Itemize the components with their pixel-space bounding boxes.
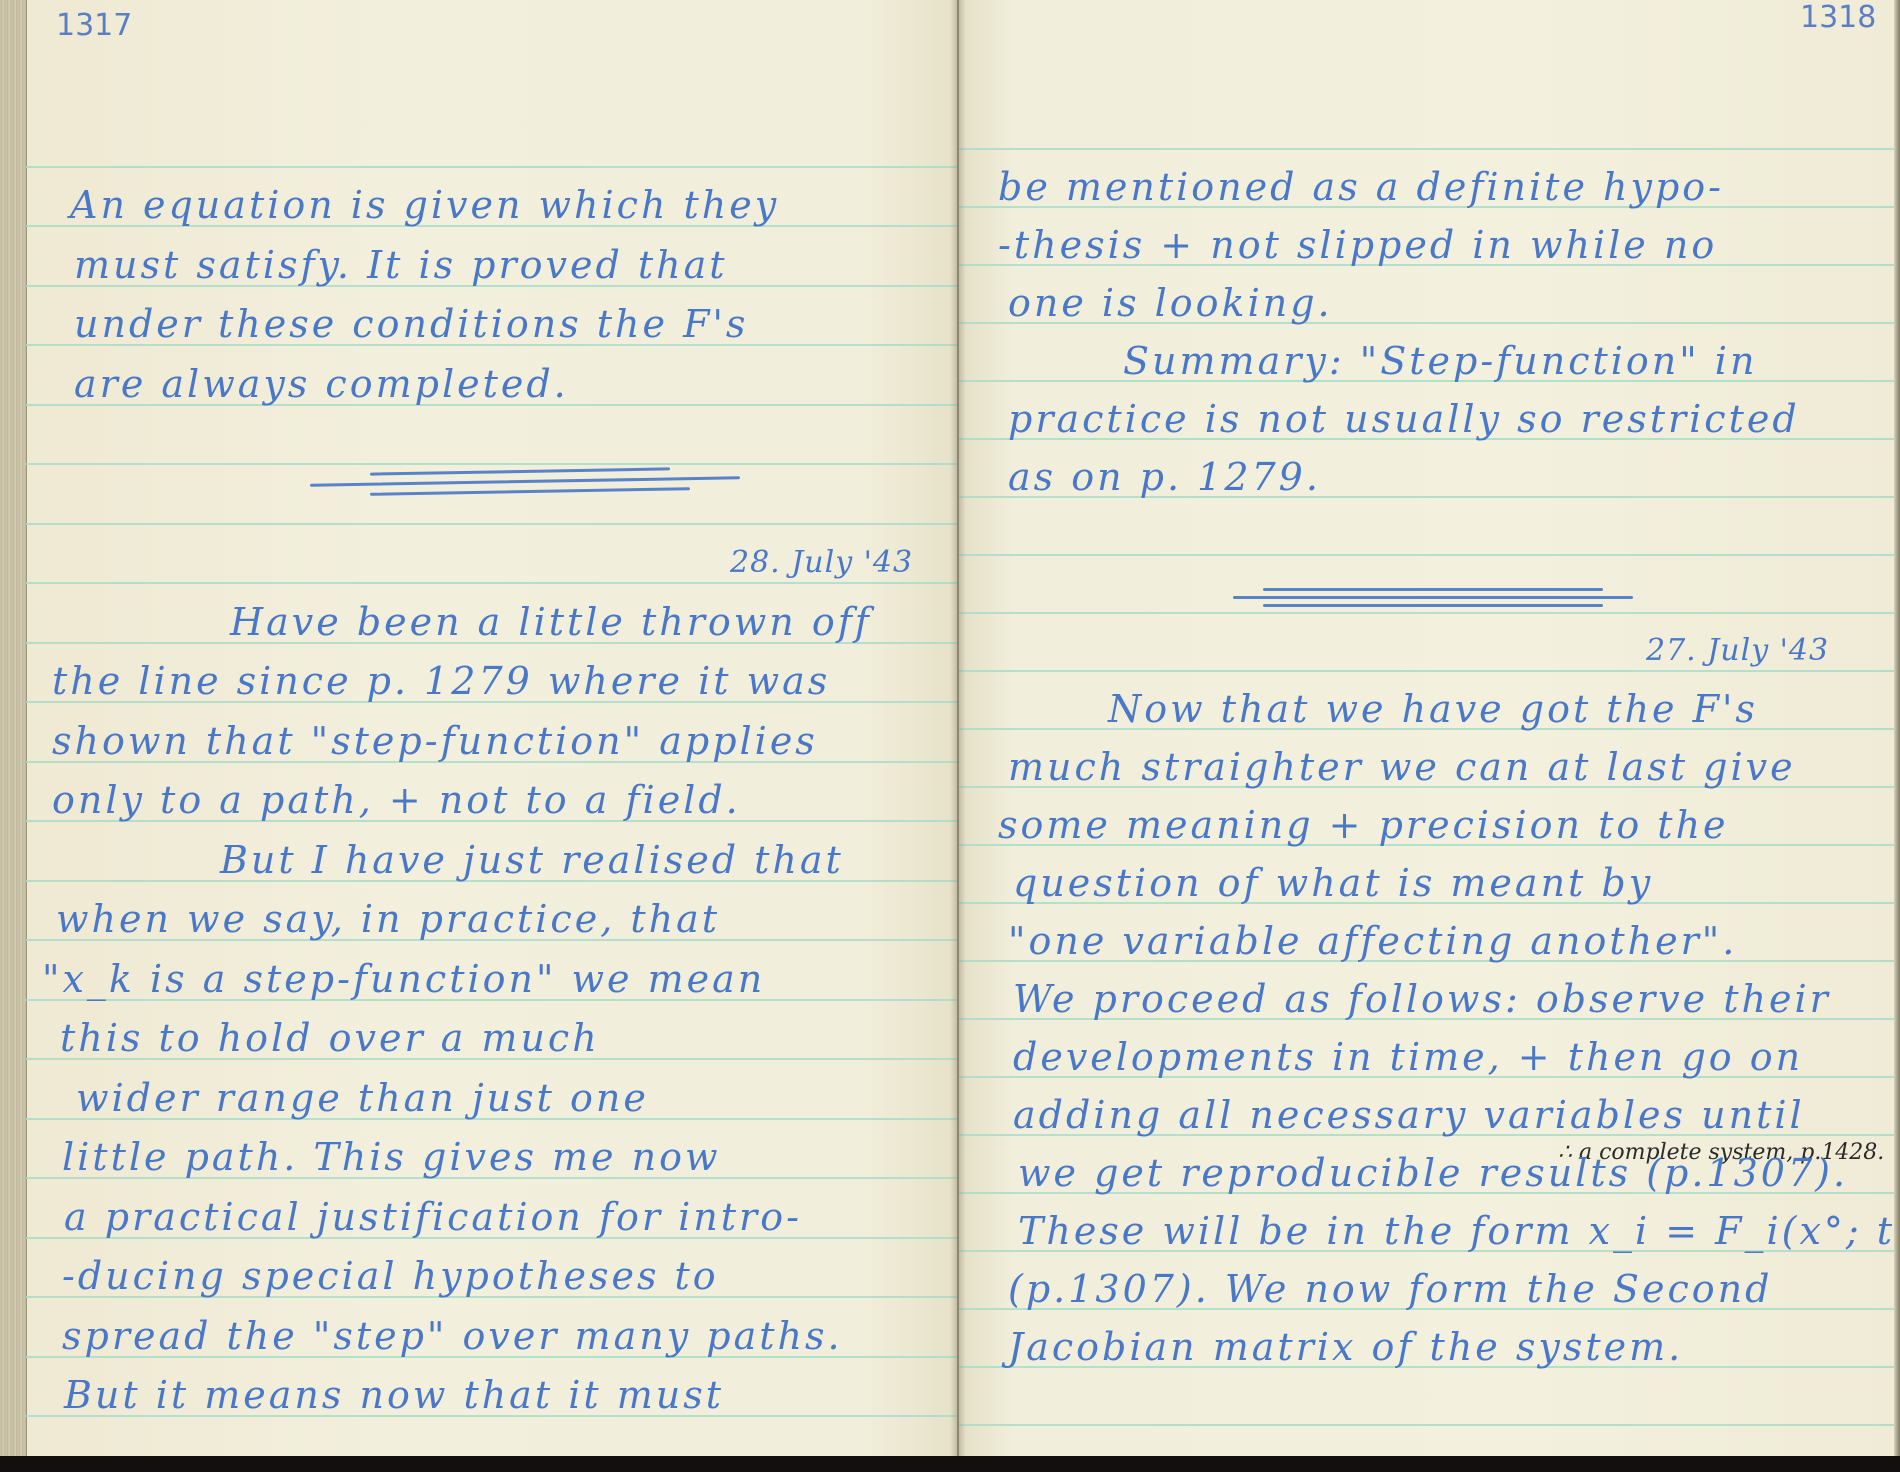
handwritten-line: We proceed as follows: observe their (1013, 980, 1831, 1018)
handwritten-line: Now that we have got the F's (1108, 690, 1758, 728)
handwritten-line: be mentioned as a definite hypo- (998, 168, 1724, 206)
ruled-line (26, 463, 958, 465)
right-page: 1318 be mentioned as a definite hypo- -t… (958, 0, 1900, 1456)
ruled-line (26, 166, 958, 168)
page-number: 1318 (1800, 0, 1876, 35)
handwritten-line: Have been a little thrown off (230, 603, 872, 641)
handwritten-line: as on p. 1279. (1008, 458, 1321, 496)
handwritten-line: the line since p. 1279 where it was (52, 662, 830, 700)
notebook-spread: 1317 An equation is given which they mus… (0, 0, 1900, 1456)
page-edge-stack (0, 0, 27, 1456)
handwritten-line: only to a path, + not to a field. (52, 781, 741, 819)
handwritten-line: (p.1307). We now form the Second (1008, 1270, 1772, 1308)
handwritten-line: But I have just realised that (220, 841, 844, 879)
entry-date: 27. July '43 (1646, 636, 1829, 666)
summary-line: Summary: "Step-function" in (1123, 342, 1757, 380)
handwritten-line: But it means now that it must (64, 1376, 724, 1414)
handwritten-line: question of what is meant by (1013, 864, 1653, 902)
handwritten-line: -ducing special hypotheses to (62, 1257, 719, 1295)
ruled-line (958, 148, 1900, 150)
page-edge (1894, 0, 1900, 1456)
ruled-line (26, 582, 958, 584)
handwritten-line: must satisfy. It is proved that (74, 246, 728, 284)
page-number: 1317 (56, 8, 132, 43)
ruled-line (26, 523, 958, 525)
handwritten-line: we get reproducible results (p.1307). (1018, 1154, 1848, 1192)
ruled-line (958, 554, 1900, 556)
handwritten-line: practice is not usually so restricted (1008, 400, 1800, 438)
section-divider-lines (310, 470, 750, 500)
handwritten-line: are always completed. (74, 365, 569, 403)
handwritten-line: adding all necessary variables until (1013, 1096, 1805, 1134)
handwritten-line: a practical justification for intro- (64, 1198, 802, 1236)
section-divider-lines (1233, 588, 1653, 618)
handwritten-line: Jacobian matrix of the system. (1008, 1328, 1683, 1366)
handwritten-line: These will be in the form x_i = F_i(x°; … (1018, 1212, 1900, 1250)
binding-gutter (957, 0, 959, 1456)
ruled-line (958, 670, 1900, 672)
handwritten-line: shown that "step-function" applies (52, 722, 818, 760)
entry-date: 28. July '43 (730, 548, 913, 578)
handwritten-line: when we say, in practice, that (56, 900, 720, 938)
background-edge (0, 1456, 1900, 1472)
handwritten-line: one is looking. (1008, 284, 1333, 322)
handwritten-line: "x_k is a step-function" we mean (42, 960, 765, 998)
handwritten-line: little path. This gives me now (62, 1138, 721, 1176)
handwritten-line: -thesis + not slipped in while no (998, 226, 1717, 264)
handwritten-line: under these conditions the F's (74, 305, 748, 343)
handwritten-line: some meaning + precision to the (998, 806, 1729, 844)
handwritten-line: "one variable affecting another". (1008, 922, 1737, 960)
left-page: 1317 An equation is given which they mus… (0, 0, 958, 1456)
handwritten-line: this to hold over a much (60, 1019, 600, 1057)
handwritten-line: developments in time, + then go on (1013, 1038, 1803, 1076)
handwritten-line: spread the "step" over many paths. (62, 1317, 843, 1355)
handwritten-line: wider range than just one (76, 1079, 649, 1117)
handwritten-line: much straighter we can at last give (1008, 748, 1796, 786)
ruled-line (958, 1424, 1900, 1426)
handwritten-line: An equation is given which they (70, 186, 779, 224)
